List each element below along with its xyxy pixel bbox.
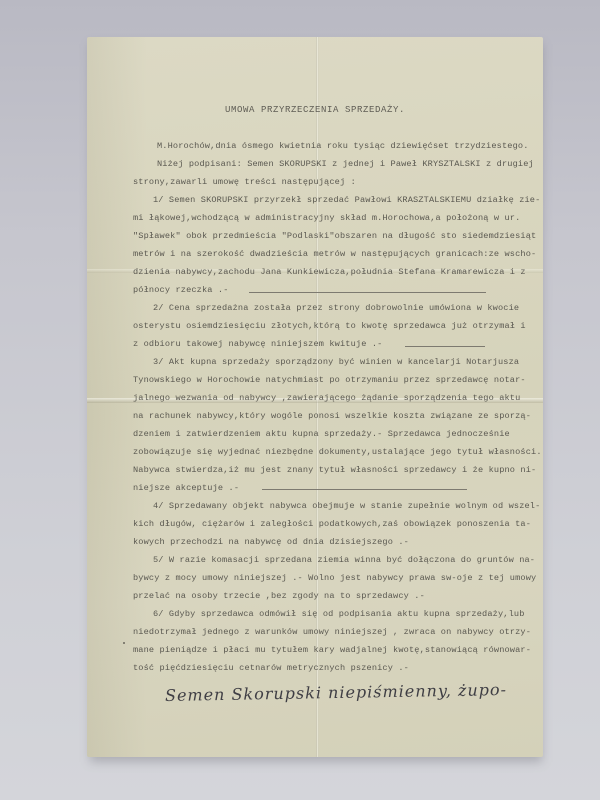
text-line: Niżej podpisani: Semen SKORUPSKI z jedne… bbox=[157, 159, 534, 169]
clause-1-line: północy rzeczka .- bbox=[133, 285, 229, 295]
clause-6-line: 6/ Gdyby sprzedawca odmówił się od podpi… bbox=[153, 609, 525, 619]
text-line: M.Horochów,dnia ósmego kwietnia roku tys… bbox=[157, 141, 529, 151]
fill-line bbox=[249, 292, 486, 293]
clause-1-line: metrów i na szerokość dwadzieścia metrów… bbox=[133, 249, 536, 259]
text-line: strony,zawarli umowę treści następującej… bbox=[133, 177, 356, 187]
clause-3-line: Nabywca stwierdza,iż mu jest znany tytuł… bbox=[133, 465, 536, 475]
document-page: UMOWA PRZYRZECZENIA SPRZEDAŻY. M.Horochó… bbox=[87, 37, 543, 757]
clause-3-line: 3/ Akt kupna sprzedaży sporządzony być w… bbox=[153, 357, 519, 367]
handwritten-signature: Semen Skorupski niepiśmienny, żupo- bbox=[165, 680, 507, 705]
clause-5-line: 5/ W razie komasacji sprzedana ziemia wi… bbox=[153, 555, 535, 565]
margin-mark bbox=[123, 642, 125, 644]
fill-line bbox=[405, 346, 485, 347]
clause-5-line: przelać na osoby trzecie ,bez zgody na t… bbox=[133, 591, 425, 601]
clause-4-line: 4/ Sprzedawany objekt nabywca obejmuje w… bbox=[153, 501, 540, 511]
clause-1-line: dzienia nabywcy,zachodu Jana Kunkiewicza… bbox=[133, 267, 526, 277]
clause-6-line: niedotrzymał jednego z warunków umowy ni… bbox=[133, 627, 531, 637]
clause-2-line: z odbioru takowej nabywcę niniejszem kwi… bbox=[133, 339, 382, 349]
clause-3-line: zobowiązuje się wyjednać niezbędne dokum… bbox=[133, 447, 542, 457]
fill-line bbox=[262, 489, 467, 490]
clause-3-line: Tynowskiego w Horochowie natychmiast po … bbox=[133, 375, 526, 385]
clause-2-line: osterystu osiemdziesięciu złotych,którą … bbox=[133, 321, 526, 331]
clause-6-line: mane pieniądze i płaci mu tytułem kary w… bbox=[133, 645, 531, 655]
clause-3-line: dzeniem i zatwierdzeniem aktu kupna sprz… bbox=[133, 429, 510, 439]
clause-4-line: kich długów, ciężarów i zaległości podat… bbox=[133, 519, 531, 529]
clause-5-line: bywcy z mocy umowy niniejszej .- Wolno j… bbox=[133, 573, 536, 583]
clause-1-line: mi łąkowej,wchodzącą w administracyjny s… bbox=[133, 213, 520, 223]
clause-1-line: "Spławek" obok przedmieścia "Podlaski"ob… bbox=[133, 231, 536, 241]
clause-3-line: niejsze akceptuje .- bbox=[133, 483, 239, 493]
clause-2-line: 2/ Cena sprzedażna została przez strony … bbox=[153, 303, 519, 313]
typewritten-text: UMOWA PRZYRZECZENIA SPRZEDAŻY. M.Horochó… bbox=[87, 37, 543, 757]
clause-6-line: tość pięćdziesięciu cetnarów metrycznych… bbox=[133, 663, 409, 673]
document-title: UMOWA PRZYRZECZENIA SPRZEDAŻY. bbox=[87, 105, 543, 115]
clause-3-line: jalnego wezwania od nabywcy ,zawierające… bbox=[133, 393, 520, 403]
clause-4-line: kowych przechodzi na nabywcę od dnia dzi… bbox=[133, 537, 409, 547]
clause-1-line: 1/ Semen SKORUPSKI przyrzekł sprzedać Pa… bbox=[153, 195, 540, 205]
clause-3-line: na rachunek nabywcy,który wogóle ponosi … bbox=[133, 411, 531, 421]
